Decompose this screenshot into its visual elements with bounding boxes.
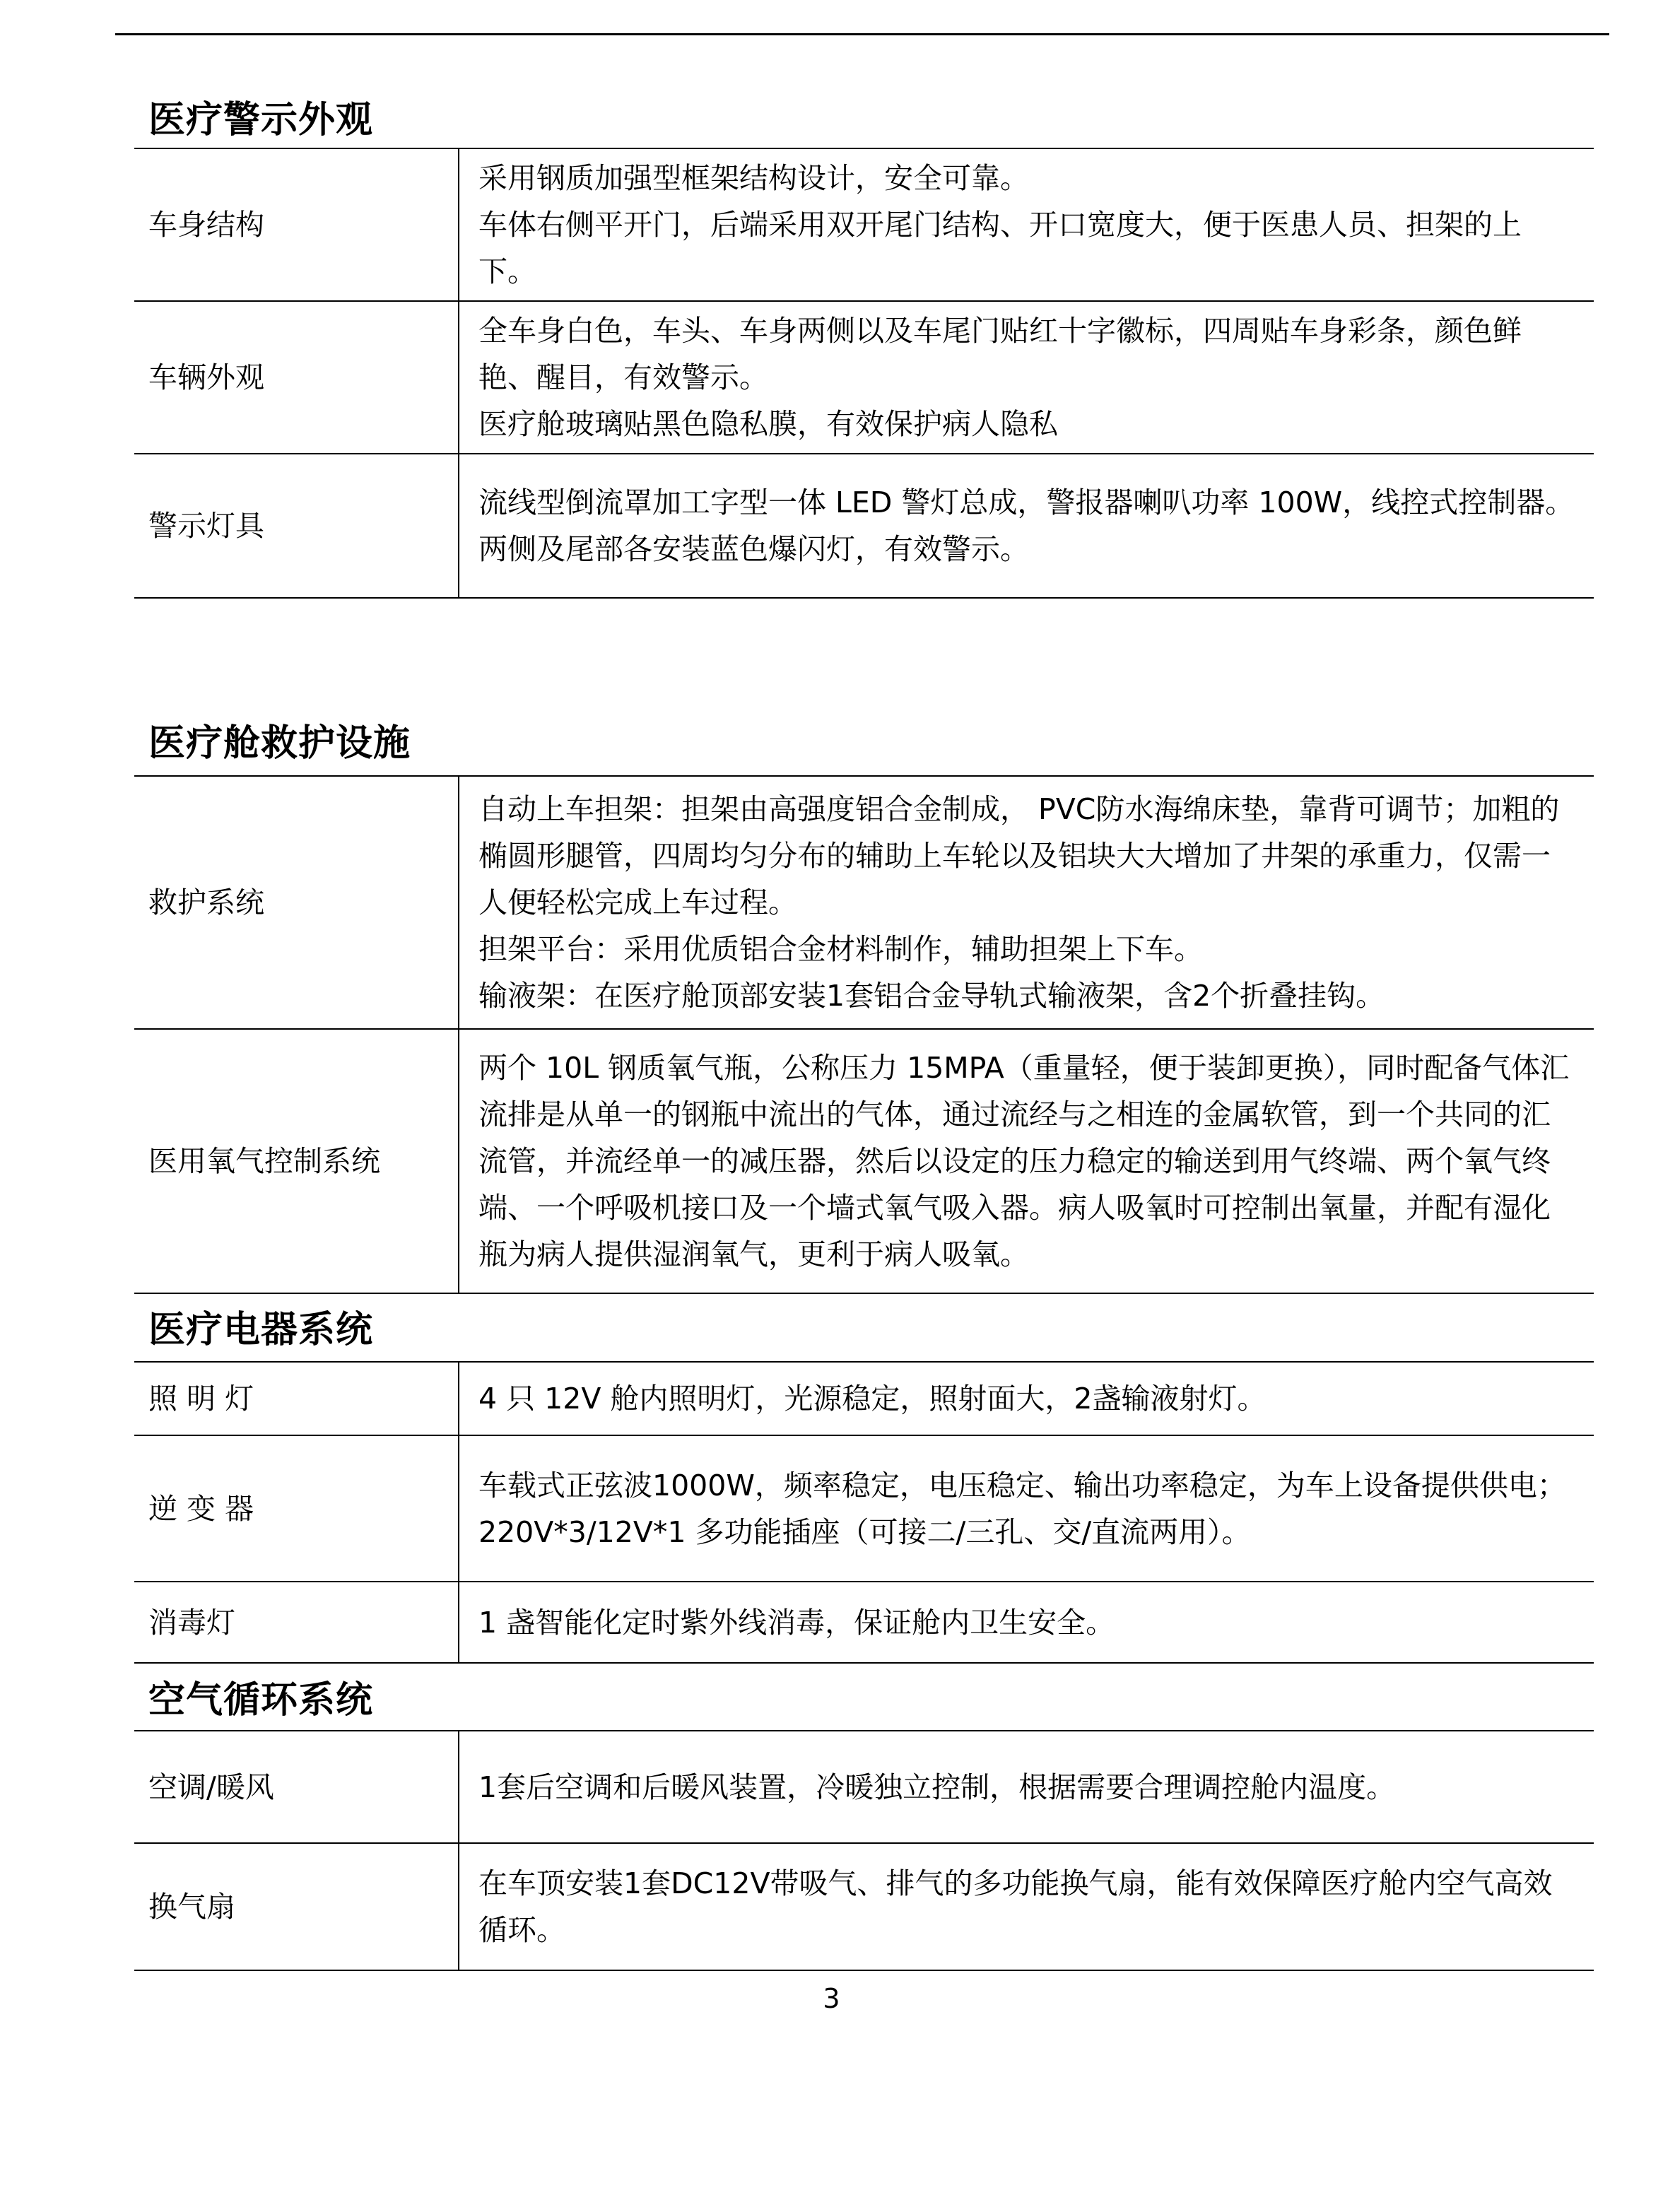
row-label: 车身结构 — [134, 149, 459, 300]
section-heading-warning-appearance: 医疗警示外观 — [148, 99, 373, 141]
spec-table-air-circulation: 空调/暖风 1套后空调和后暖风装置，冷暖独立控制，根据需要合理调控舱内温度。 换… — [134, 1730, 1594, 1971]
table-row: 逆 变 器 车载式正弦波1000W，频率稳定，电压稳定、输出功率稳定，为车上设备… — [134, 1436, 1594, 1582]
spec-table-warning-appearance: 车身结构 采用钢质加强型框架结构设计，安全可靠。 车体右侧平开门，后端采用双开尾… — [134, 148, 1594, 599]
content-paragraph: 车体右侧平开门，后端采用双开尾门结构、开口宽度大，便于医患人员、担架的上下。 — [478, 201, 1577, 295]
row-label: 救护系统 — [134, 777, 459, 1028]
table-row: 消毒灯 1 盏智能化定时紫外线消毒，保证舱内卫生安全。 — [134, 1582, 1594, 1664]
table-row: 医用氧气控制系统 两个 10L 钢质氧气瓶，公称压力 15MPA（重量轻，便于装… — [134, 1030, 1594, 1294]
row-content: 全车身白色，车头、车身两侧以及车尾门贴红十字徽标，四周贴车身彩条，颜色鲜艳、醒目… — [459, 302, 1594, 453]
content-paragraph: 1 盏智能化定时紫外线消毒，保证舱内卫生安全。 — [478, 1599, 1577, 1646]
table-row: 车身结构 采用钢质加强型框架结构设计，安全可靠。 车体右侧平开门，后端采用双开尾… — [134, 149, 1594, 302]
table-row: 警示灯具 流线型倒流罩加工字型一体 LED 警灯总成，警报器喇叭功率 100W，… — [134, 454, 1594, 599]
row-label: 医用氧气控制系统 — [134, 1030, 459, 1293]
row-label: 警示灯具 — [134, 454, 459, 597]
spec-table-rescue-facilities: 救护系统 自动上车担架：担架由高强度铝合金制成， PVC防水海绵床垫，靠背可调节… — [134, 775, 1594, 1294]
content-paragraph: 两个 10L 钢质氧气瓶，公称压力 15MPA（重量轻，便于装卸更换），同时配备… — [478, 1045, 1577, 1278]
spec-table-electrical-system: 照 明 灯 4 只 12V 舱内照明灯，光源稳定，照射面大，2盏输液射灯。 逆 … — [134, 1361, 1594, 1664]
content-paragraph: 1套后空调和后暖风装置，冷暖独立控制，根据需要合理调控舱内温度。 — [478, 1764, 1577, 1811]
row-content: 自动上车担架：担架由高强度铝合金制成， PVC防水海绵床垫，靠背可调节；加粗的椭… — [459, 777, 1594, 1028]
document-page: 医疗警示外观 车身结构 采用钢质加强型框架结构设计，安全可靠。 车体右侧平开门，… — [0, 0, 1663, 2212]
content-paragraph: 医疗舱玻璃贴黑色隐私膜，有效保护病人隐私 — [478, 401, 1577, 447]
table-row: 车辆外观 全车身白色，车头、车身两侧以及车尾门贴红十字徽标，四周贴车身彩条，颜色… — [134, 302, 1594, 454]
row-content: 1套后空调和后暖风装置，冷暖独立控制，根据需要合理调控舱内温度。 — [459, 1731, 1594, 1842]
row-content: 两个 10L 钢质氧气瓶，公称压力 15MPA（重量轻，便于装卸更换），同时配备… — [459, 1030, 1594, 1293]
row-content: 车载式正弦波1000W，频率稳定，电压稳定、输出功率稳定，为车上设备提供供电；2… — [459, 1436, 1594, 1581]
section-heading-electrical-system: 医疗电器系统 — [148, 1309, 373, 1351]
row-label: 换气扇 — [134, 1844, 459, 1970]
row-label: 空调/暖风 — [134, 1731, 459, 1842]
row-label: 照 明 灯 — [134, 1363, 459, 1435]
page-top-rule — [115, 33, 1609, 35]
content-paragraph: 在车顶安装1套DC12V带吸气、排气的多功能换气扇，能有效保障医疗舱内空气高效循… — [478, 1860, 1577, 1953]
section-heading-air-circulation: 空气循环系统 — [148, 1679, 373, 1722]
section-heading-rescue-facilities: 医疗舱救护设施 — [148, 722, 411, 765]
content-paragraph: 自动上车担架：担架由高强度铝合金制成， PVC防水海绵床垫，靠背可调节；加粗的椭… — [478, 786, 1577, 926]
table-row: 换气扇 在车顶安装1套DC12V带吸气、排气的多功能换气扇，能有效保障医疗舱内空… — [134, 1844, 1594, 1971]
page-number: 3 — [0, 1983, 1663, 2014]
table-row: 救护系统 自动上车担架：担架由高强度铝合金制成， PVC防水海绵床垫，靠背可调节… — [134, 777, 1594, 1030]
row-content: 在车顶安装1套DC12V带吸气、排气的多功能换气扇，能有效保障医疗舱内空气高效循… — [459, 1844, 1594, 1970]
row-label: 逆 变 器 — [134, 1436, 459, 1581]
content-paragraph: 担架平台：采用优质铝合金材料制作，辅助担架上下车。 — [478, 926, 1577, 972]
table-row: 照 明 灯 4 只 12V 舱内照明灯，光源稳定，照射面大，2盏输液射灯。 — [134, 1363, 1594, 1436]
row-content: 采用钢质加强型框架结构设计，安全可靠。 车体右侧平开门，后端采用双开尾门结构、开… — [459, 149, 1594, 300]
content-paragraph: 车载式正弦波1000W，频率稳定，电压稳定、输出功率稳定，为车上设备提供供电；2… — [478, 1462, 1577, 1555]
row-content: 4 只 12V 舱内照明灯，光源稳定，照射面大，2盏输液射灯。 — [459, 1363, 1594, 1435]
content-paragraph: 4 只 12V 舱内照明灯，光源稳定，照射面大，2盏输液射灯。 — [478, 1375, 1577, 1422]
row-content: 流线型倒流罩加工字型一体 LED 警灯总成，警报器喇叭功率 100W，线控式控制… — [459, 454, 1594, 597]
content-paragraph: 输液架：在医疗舱顶部安装1套铝合金导轨式输液架，含2个折叠挂钩。 — [478, 972, 1577, 1019]
table-row: 空调/暖风 1套后空调和后暖风装置，冷暖独立控制，根据需要合理调控舱内温度。 — [134, 1731, 1594, 1844]
content-paragraph: 流线型倒流罩加工字型一体 LED 警灯总成，警报器喇叭功率 100W，线控式控制… — [478, 479, 1577, 572]
content-paragraph: 采用钢质加强型框架结构设计，安全可靠。 — [478, 155, 1577, 201]
row-label: 车辆外观 — [134, 302, 459, 453]
row-content: 1 盏智能化定时紫外线消毒，保证舱内卫生安全。 — [459, 1582, 1594, 1662]
row-label: 消毒灯 — [134, 1582, 459, 1662]
content-paragraph: 全车身白色，车头、车身两侧以及车尾门贴红十字徽标，四周贴车身彩条，颜色鲜艳、醒目… — [478, 307, 1577, 401]
